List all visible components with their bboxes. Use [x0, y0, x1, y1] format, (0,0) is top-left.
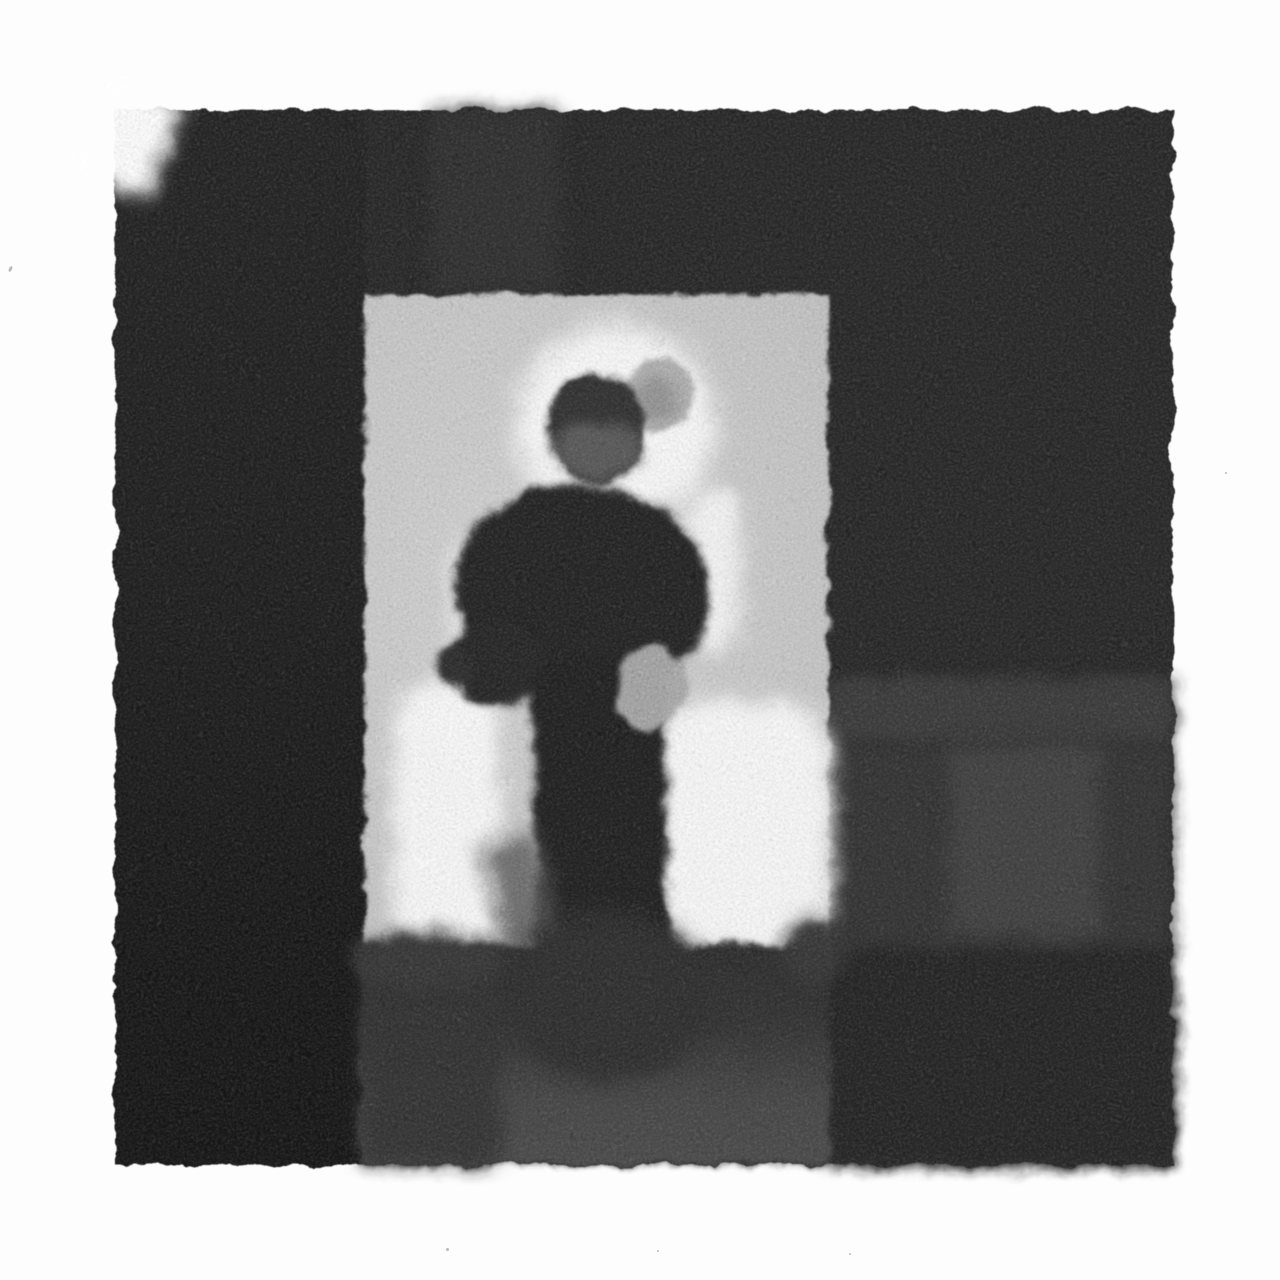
right-wall-light-band: [828, 677, 1173, 745]
hand-muff-edge: [437, 645, 473, 687]
floor-shadow-hump-right: [783, 915, 843, 985]
paper-speck: [657, 1250, 659, 1252]
paper-background: [0, 0, 1280, 1280]
floor-shadow-hump-left: [355, 930, 505, 990]
paper-speck: [8, 266, 13, 273]
figure-floor-shadow: [500, 910, 710, 1080]
top-shadow-band-highlight: [430, 110, 560, 295]
figure-face-highlight: [551, 422, 643, 480]
paper-speck: [446, 1248, 449, 1251]
paper-speck: [1225, 472, 1227, 474]
right-wall-light-patch: [950, 745, 1100, 935]
halo-glow-left-pool: [393, 680, 500, 955]
paper-speck: [849, 1253, 851, 1255]
monotype-print: [115, 110, 1173, 1165]
left-wall-shadow: [115, 110, 365, 1165]
halo-glow-right-pool: [650, 700, 830, 952]
right-wall-bottom-shadow: [828, 948, 1173, 1165]
